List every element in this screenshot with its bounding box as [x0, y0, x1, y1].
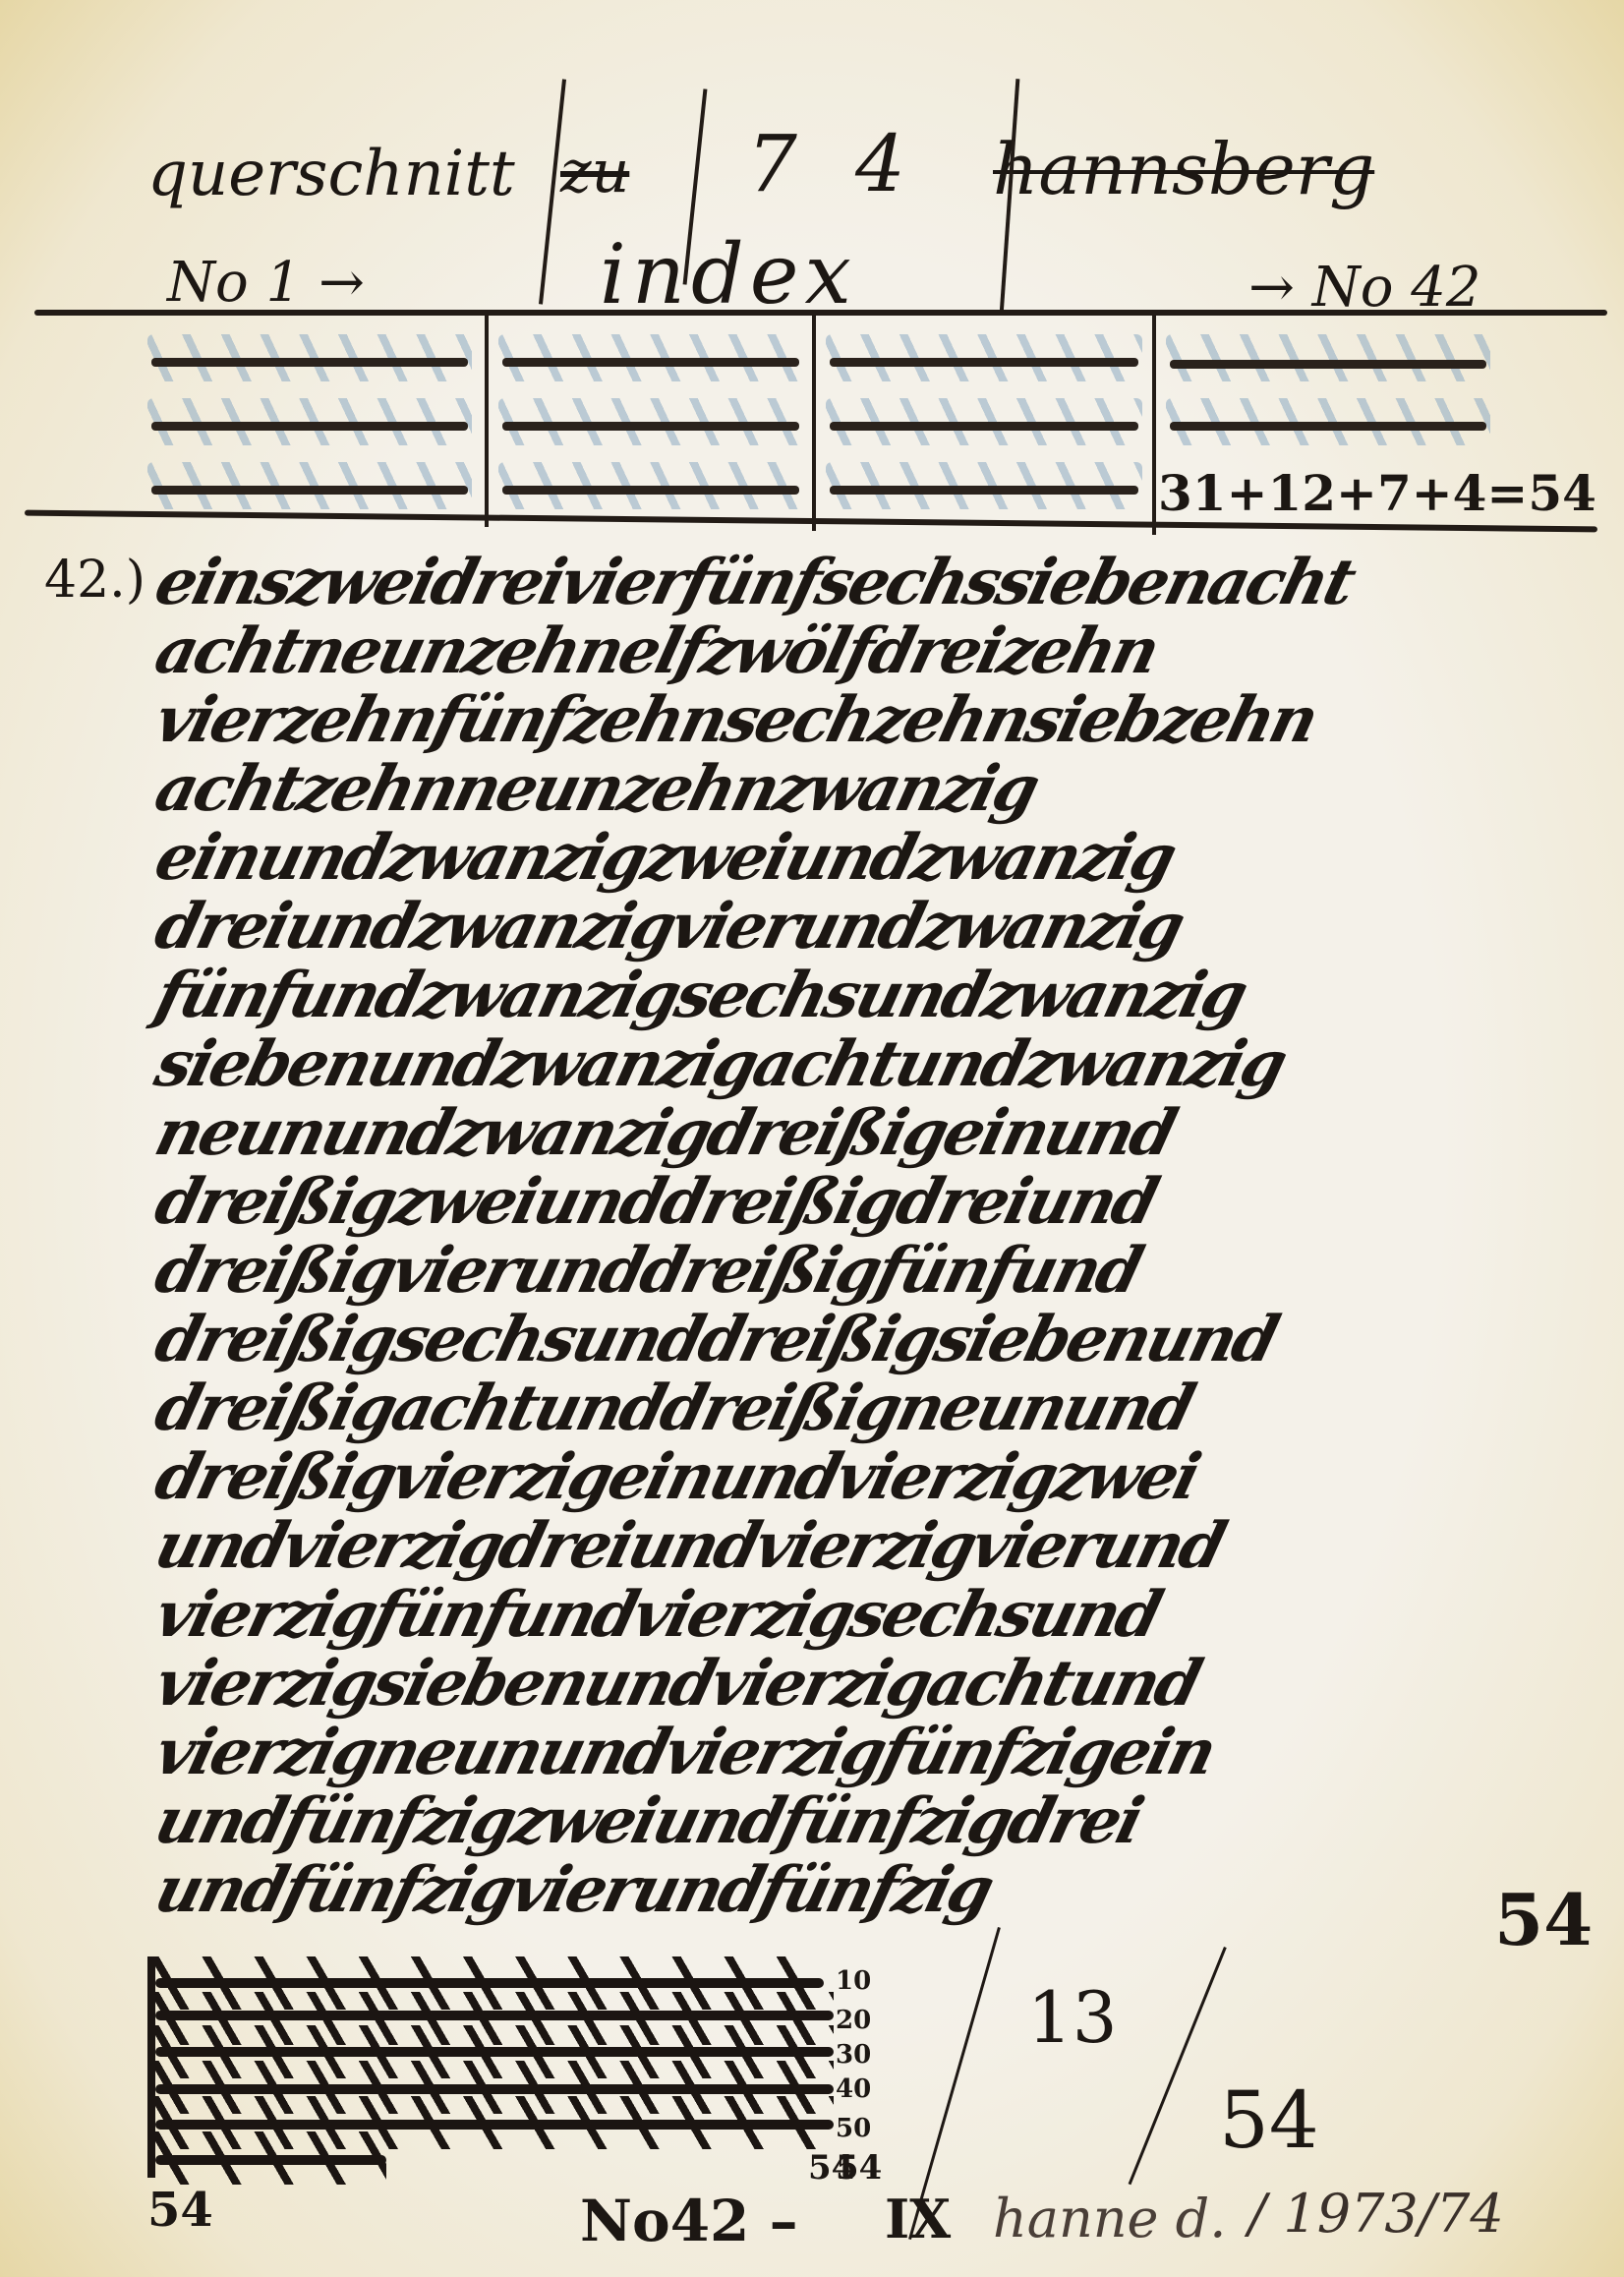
index-column-1	[138, 324, 482, 521]
entry-number: 42.)	[44, 551, 145, 610]
index-column-4: 31+12+7+4=54	[1156, 324, 1500, 521]
index-column-3	[816, 324, 1152, 521]
tally-bottom-label: 54	[147, 2183, 213, 2238]
entry-line: undvierzigdreiundvierzigvierund	[148, 1509, 1231, 1583]
crossed-word: zu	[560, 138, 629, 206]
tally-label-10: 10	[836, 1966, 871, 1996]
range-start: No 1 →	[167, 251, 365, 315]
date: / 1973/74	[1248, 2183, 1504, 2245]
entry-line: dreiundzwanzigvierundzwanzig	[148, 890, 1189, 963]
entry-line: achtneunzehnelfzwölfdreizehn	[148, 614, 1165, 688]
entry-line: achtzehnneunzehnzwanzig	[148, 752, 1045, 826]
tally-block	[147, 1956, 834, 2178]
sum-formula: 31+12+7+4=54	[1158, 464, 1596, 522]
tally-label-50: 50	[836, 2114, 871, 2143]
entry-line: undfünfzigvierundfünfzig	[148, 1853, 999, 1927]
signature: hanne d.	[993, 2188, 1226, 2249]
entry-line: undfünfzigzweiundfünfzigdrei	[148, 1784, 1148, 1858]
place-name: hannsberg	[993, 128, 1374, 210]
entry-line: einszweidreivierfünfsechssiebenacht	[148, 546, 1361, 619]
tally-label-20: 20	[836, 2006, 871, 2035]
index-column-2	[489, 324, 813, 521]
title-querschnitt: querschnitt	[147, 138, 515, 210]
footer-fraction-bottom: IX	[885, 2188, 951, 2250]
table-top-rule	[34, 310, 1607, 316]
mark-7: 7	[747, 118, 797, 209]
entry-line: neunundzwanzigdreißigeinund	[148, 1096, 1182, 1170]
tally-label-30: 30	[836, 2040, 871, 2070]
entry-line: dreißigvierunddreißigfünfund	[148, 1234, 1148, 1308]
diagonal-line-2	[1129, 1947, 1227, 2185]
entry-line: dreißigachtunddreißigneunund	[148, 1372, 1200, 1445]
tally-label-40: 40	[836, 2074, 871, 2104]
entry-line: vierzigsiebenundvierzigachtund	[148, 1647, 1207, 1721]
entry-line: vierzigfünfundvierzigsechsund	[148, 1578, 1167, 1652]
footer-number: No42 –	[580, 2188, 798, 2254]
margin-total: 54	[1494, 1878, 1593, 1961]
entry-line: dreißigvierzigeinundvierzigzwei	[148, 1440, 1205, 1514]
count-54: 54	[1219, 2074, 1319, 2166]
index-label: index	[600, 226, 857, 322]
entry-line: dreißigsechsunddreißigsiebenund	[148, 1303, 1284, 1376]
entry-line: fünfundzwanzigsechsundzwanzig	[148, 959, 1252, 1032]
entry-line: dreißigzweiunddreißigdreiund	[148, 1165, 1164, 1239]
count-13: 13	[1027, 1976, 1118, 2059]
entry-line: vierzehnfünfzehnsechzehnsiebzehn	[148, 683, 1323, 757]
footer-fraction-top: 54	[808, 2148, 854, 2188]
mark-4: 4	[855, 118, 905, 209]
entry-line: einundzwanzigzweiundzwanzig	[148, 821, 1182, 895]
entry-line: siebenundzwanzigachtundzwanzig	[148, 1027, 1293, 1101]
entry-line: vierzigneunundvierzigfünfzigein	[148, 1716, 1222, 1789]
